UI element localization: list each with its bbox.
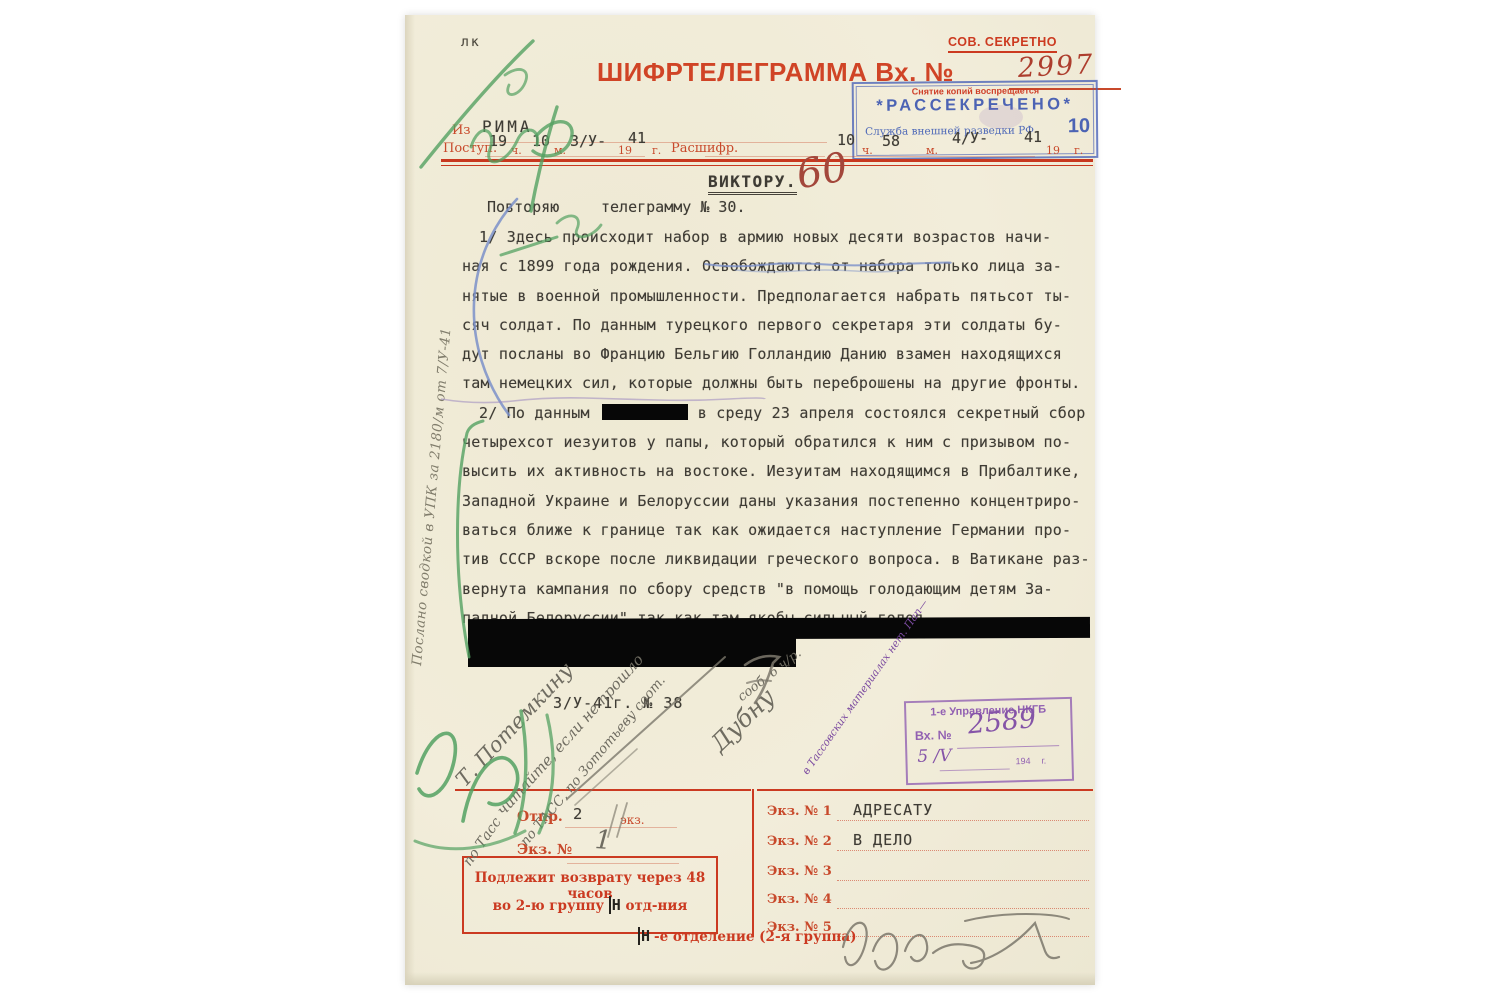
deciphered-label: Расшифр. — [671, 141, 738, 156]
classification-label: СОВ. СЕКРЕТНО — [948, 35, 1057, 53]
stamp-number: 10 — [1068, 115, 1090, 138]
footer-rule-right — [757, 789, 1093, 791]
body-line: высить их активность на востоке. Иезуита… — [462, 457, 1096, 486]
year-unit: г. — [1074, 144, 1083, 157]
copy-row: Экз. № 1 АДРЕСАТУ — [767, 804, 1089, 828]
stamp-number-label: Вх. № — [915, 728, 952, 743]
addressee-heading: ВИКТОРУ. — [708, 172, 797, 195]
intro-word: Повторяю — [487, 198, 559, 216]
body-line: ная с 1899 года рождения. Освобождаются … — [462, 252, 1096, 281]
body-line: вернута кампания по сбору средств "в пом… — [462, 575, 1096, 604]
received-minute: 10 — [532, 132, 550, 150]
copy-number-handwritten: 1 — [594, 825, 613, 856]
outgoing-reference: 3/У-41г. № 38 — [553, 694, 683, 712]
copy-row-value: АДРЕСАТУ — [853, 801, 933, 819]
return-notice-box: Подлежит возврату через 48 часов во 2-ю … — [462, 856, 718, 934]
return-notice-2b: отд-ния — [625, 898, 687, 914]
corner-mark: лк — [461, 35, 481, 50]
copy-row-value: В ДЕЛО — [853, 831, 913, 849]
body-line: там немецких сил, которые должны быть пе… — [462, 369, 1096, 398]
return-notice-2a: во 2-ю группу — [493, 898, 604, 914]
copy-row-label: Экз. № 4 — [767, 892, 832, 907]
copy-row-line — [837, 908, 1089, 909]
from-blank-line — [475, 142, 827, 143]
redaction-bar-top — [468, 617, 1090, 640]
received-hour: 19 — [489, 132, 507, 150]
telegram-number-handwritten: 2997 — [1017, 49, 1095, 84]
body-line-pre: 2/ По данным — [479, 404, 590, 422]
intro-rest: телеграмму № 30. — [601, 198, 746, 216]
copy-row-label: Экз. № 1 — [767, 804, 832, 819]
deciphered-year: 41 — [1024, 128, 1042, 146]
blank-line — [835, 156, 1035, 157]
stamp-number-line — [957, 745, 1059, 749]
redaction-inline — [602, 404, 688, 420]
stamp-date-line — [940, 768, 1010, 771]
stamp-number-handwritten: 2589 — [966, 703, 1037, 740]
pencil-note-addressee: Т. Потемкину — [451, 658, 578, 791]
body-line-with-redaction: 2/ По даннымв среду 23 апреля состоялся … — [462, 399, 1096, 428]
return-notice-line2: во 2-ю группу Н отд-ния — [464, 896, 716, 914]
telegram-document-page: лк СОВ. СЕКРЕТНО ШИФРТЕЛЕГРАММА Вх. № 29… — [405, 15, 1095, 985]
copy-row-line — [837, 936, 1089, 937]
green-signature — [417, 733, 455, 795]
body-line: сяч солдат. По данным турецкого первого … — [462, 311, 1096, 340]
stamp-year-preprint: 194 — [1015, 756, 1030, 766]
footer-rule-left — [455, 789, 751, 791]
sent-unit: экз. — [620, 813, 645, 827]
copy-row-line — [837, 880, 1089, 881]
typed-group-number: Н — [609, 896, 621, 914]
year-unit: г. — [652, 144, 661, 157]
copy-row: Экз. № 3 — [767, 864, 1089, 888]
stamp-year-unit: г. — [1041, 756, 1046, 766]
copy-row-label: Экз. № 2 — [767, 834, 832, 849]
stamp-date-handwritten: 5 /V — [917, 746, 952, 767]
header-divider-rule — [441, 159, 1093, 166]
blank-line — [565, 827, 677, 828]
body-line: 1/ Здесь происходит набор в армию новых … — [462, 223, 1096, 252]
pencil-slash — [567, 657, 725, 799]
deciphered-minute: 58 — [882, 132, 900, 150]
typed-department-number: Н — [638, 927, 650, 945]
body-line-post: в среду 23 апреля состоялся секретный сб… — [698, 404, 1086, 422]
department-line: Н-е отделение (2-я группа) — [638, 926, 856, 945]
copy-row-line — [837, 820, 1089, 821]
deciphered-date: 4/У- — [952, 129, 988, 147]
sent-value: 2 — [573, 805, 582, 823]
body-line: четырехсот иезуитов у папы, который обра… — [462, 428, 1096, 457]
copy-row: Экз. № 4 — [767, 892, 1089, 916]
body-line: дут посланы во Францию Бельгию Голландию… — [462, 340, 1096, 369]
copy-row-line — [837, 850, 1089, 851]
margin-note-vertical: Послано сводкой в УПК за 2180/м от 7/У-4… — [409, 327, 455, 667]
received-date: 3/У- — [570, 132, 606, 150]
body-line: Западной Украине и Белоруссии даны указа… — [462, 487, 1096, 516]
footer-column-divider — [752, 789, 754, 937]
body-line: тив СССР вскоре после ликвидации греческ… — [462, 545, 1096, 574]
copy-row: Экз. № 2 В ДЕЛО — [767, 834, 1089, 858]
copy-row-label: Экз. № 3 — [767, 864, 832, 879]
department-text: -е отделение (2-я группа) — [654, 929, 856, 945]
telegram-body-text: 1/ Здесь происходит набор в армию новых … — [462, 223, 1096, 633]
incoming-registration-stamp: 1-е Управление НКГБ Вх. № 2589 5 /V 194 … — [904, 697, 1074, 785]
blank-line — [485, 156, 645, 157]
red-pencil-number: 60 — [793, 144, 851, 198]
declassified-text: *РАССЕКРЕЧЕНО* — [854, 95, 1096, 116]
body-line: нятые в военной промышленности. Предпола… — [462, 282, 1096, 311]
from-label: Из — [452, 123, 470, 138]
year-preprint: 19 — [1046, 144, 1060, 157]
body-line: ваться ближе к границе так как ожидается… — [462, 516, 1096, 545]
